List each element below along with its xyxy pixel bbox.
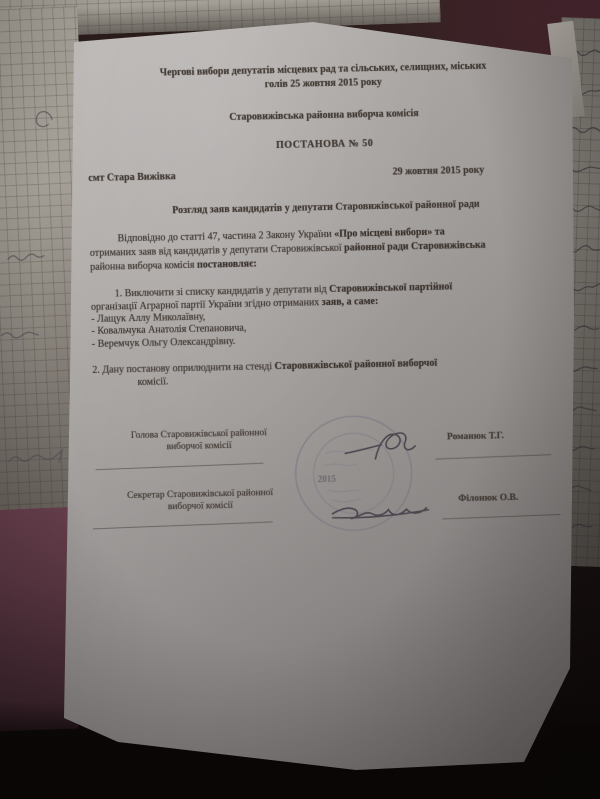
photo-scene: Чергові вибори депутатів місцевих рад та… [0, 0, 600, 799]
stamp-year: 2015 [318, 474, 337, 484]
document-body: Чергові вибори депутатів місцевих рад та… [86, 58, 567, 390]
subject-heading: Розгляд заяв кандидатів у депутати Старо… [89, 196, 563, 220]
election-title: Чергові вибори депутатів місцевих рад та… [86, 58, 560, 96]
preamble-paragraph: Відповідно до статті 47, частина 2 Закон… [89, 223, 564, 275]
handwriting-curl [36, 111, 52, 127]
resolution-document-sheet: Чергові вибори депутатів місцевих рад та… [58, 18, 574, 780]
signature-line [93, 521, 273, 529]
chairman-handwritten-signature [345, 433, 416, 460]
signature-line [96, 463, 264, 470]
signature-block: Голова Старовижівської районної виборчої… [85, 413, 558, 563]
handwriting-squiggle [8, 450, 62, 464]
resolution-item-2: 2. Дану постанову оприлюднити на стенді … [92, 355, 566, 390]
resolution-item-1: 1. Виключити зі списку кандидатів у депу… [91, 279, 566, 351]
handwriting-squiggle [8, 254, 44, 261]
commission-name: Старовижівська районна виборча комісія [87, 104, 561, 128]
place-date-row: смт Стара Вижівка 29 жовтня 2015 року [88, 162, 562, 186]
official-round-stamp: 2015 [264, 399, 472, 553]
place-label: смт Стара Вижівка [88, 170, 176, 186]
date-label: 29 жовтня 2015 року [392, 164, 484, 180]
resolution-number: ПОСТАНОВА № 50 [88, 133, 562, 157]
handwriting-squiggle [1, 332, 38, 339]
